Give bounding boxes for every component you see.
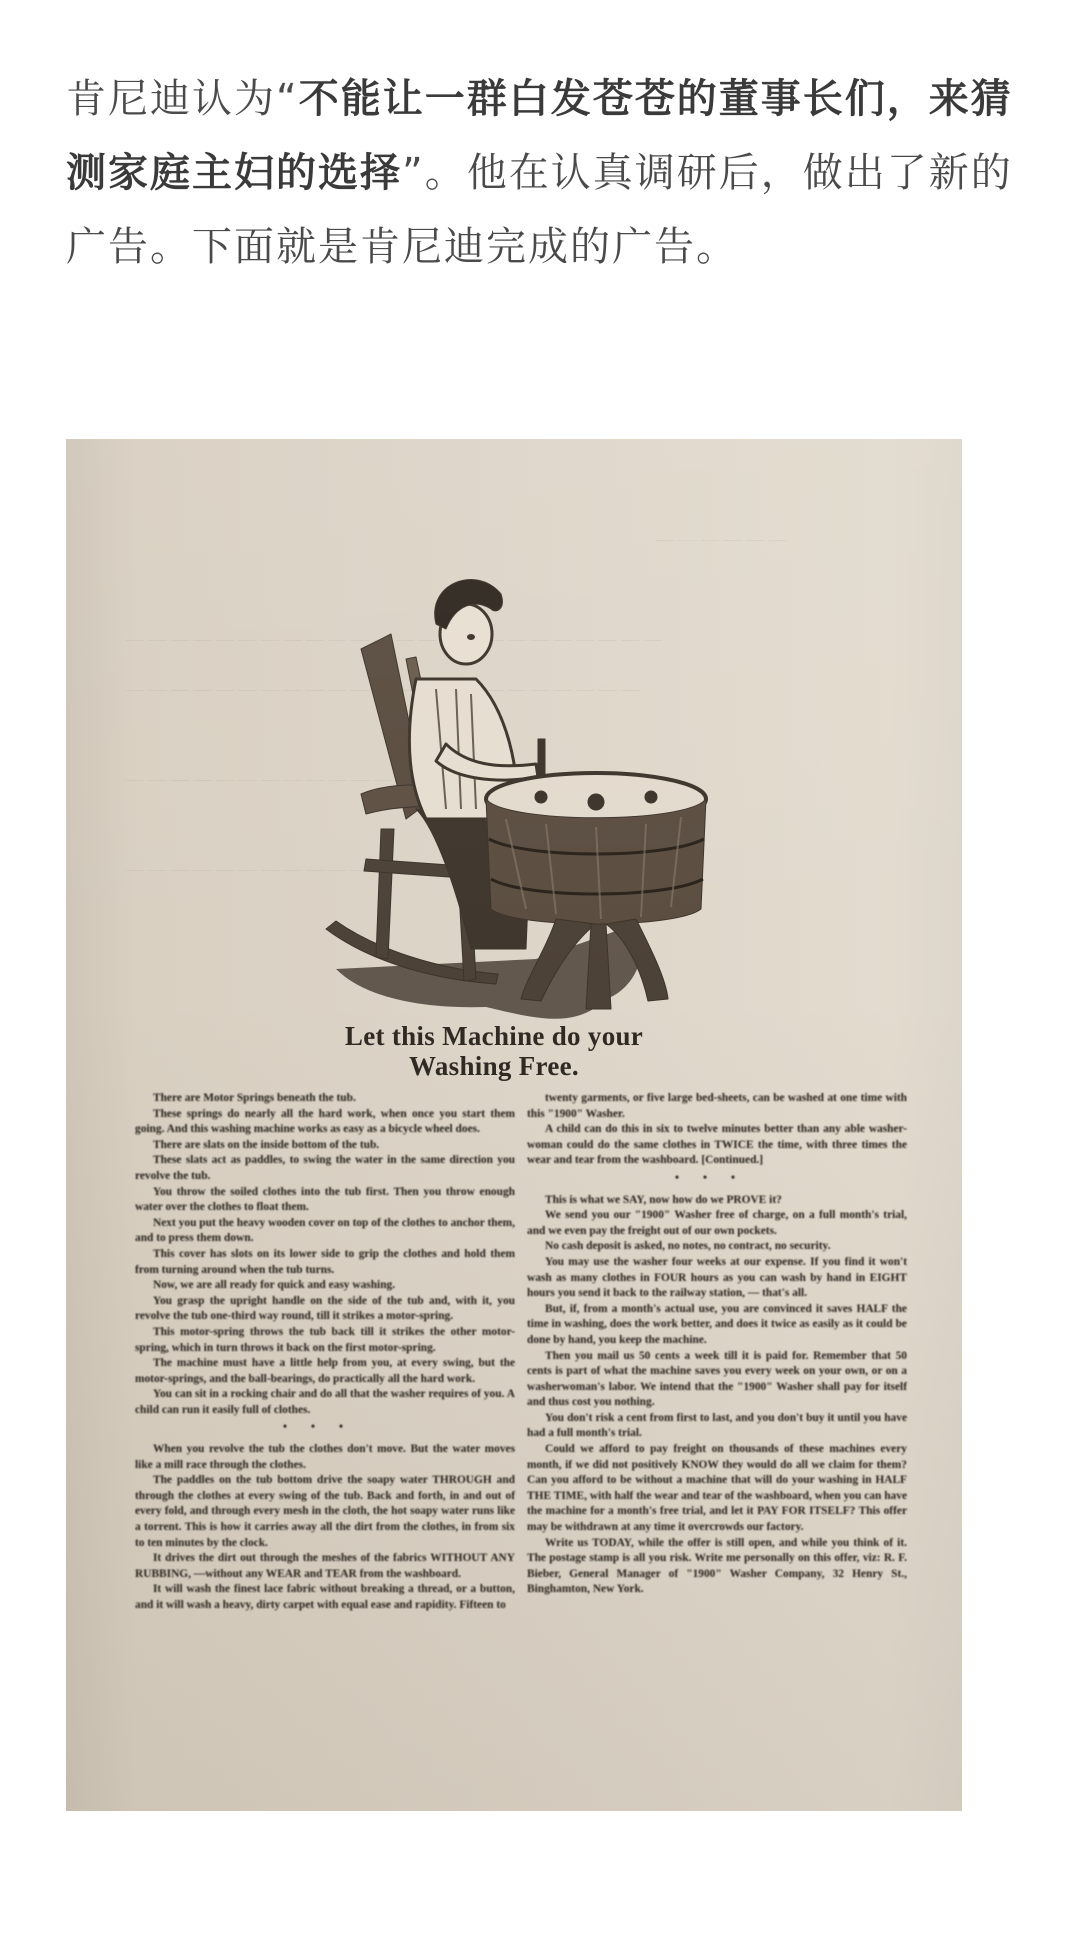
ad-paragraph: It will wash the finest lace fabric with… [135,1582,515,1613]
ad-paragraph: This cover has slots on its lower side t… [135,1247,515,1278]
paragraph-lead: 肯尼迪认为“ [66,76,299,122]
ad-paragraph: It drives the dirt out through the meshe… [135,1551,515,1582]
ad-paragraph: Could we afford to pay freight on thousa… [527,1442,907,1536]
ad-paragraph: There are Motor Springs beneath the tub. [135,1091,515,1107]
ad-paragraph: Now, we are all ready for quick and easy… [135,1278,515,1294]
ad-paragraph: These springs do nearly all the hard wor… [135,1107,515,1138]
ad-paragraph: A child can do this in six to twelve min… [527,1122,907,1169]
ad-paragraph: The paddles on the tub bottom drive the … [135,1473,515,1551]
ad-image[interactable]: — — — — — — — — — — — — — — — — — — — — … [66,439,962,1811]
ad-paragraph: No cash deposit is asked, no notes, no c… [527,1239,907,1255]
ad-paragraph: You can sit in a rocking chair and do al… [135,1387,515,1418]
ad-paragraph: There are slats on the inside bottom of … [135,1138,515,1154]
ad-paragraph: But, if, from a month's actual use, you … [527,1302,907,1349]
ad-headline-line1: Let this Machine do your [66,1021,942,1051]
ad-paragraph: Write us TODAY, while the offer is still… [527,1536,907,1598]
ad-paragraph: Then you mail us 50 cents a week till it… [527,1349,907,1411]
ad-paragraph: You throw the soiled clothes into the tu… [135,1185,515,1216]
article-paragraph: 肯尼迪认为“不能让一群白发苍苍的董事长们，来猜测家庭主妇的选择”。他在认真调研后… [66,62,1026,284]
section-divider-dots: ••• [527,1171,907,1187]
ad-paragraph: You may use the washer four weeks at our… [527,1255,907,1302]
ad-right-column: twenty garments, or five large bed-sheet… [527,1091,907,1614]
ad-body-columns: There are Motor Springs beneath the tub.… [135,1091,907,1614]
ad-paragraph: twenty garments, or five large bed-sheet… [527,1091,907,1122]
ad-paragraph: This motor-spring throws the tub back ti… [135,1325,515,1356]
ad-paragraph: Next you put the heavy wooden cover on t… [135,1216,515,1247]
ad-paragraph: You don't risk a cent from first to last… [527,1411,907,1442]
ad-paragraph: The machine must have a little help from… [135,1356,515,1387]
ad-left-column: There are Motor Springs beneath the tub.… [135,1091,515,1614]
ad-paragraph: You grasp the upright handle on the side… [135,1294,515,1325]
woman-washing-machine-illustration [306,529,746,1029]
ad-headline: Let this Machine do your Washing Free. [66,1021,942,1081]
ad-paragraph: These slats act as paddles, to swing the… [135,1153,515,1184]
ad-paragraph: This is what we SAY, now how do we PROVE… [527,1193,907,1209]
ad-paragraph: When you revolve the tub the clothes don… [135,1442,515,1473]
section-divider-dots: ••• [135,1420,515,1436]
ad-paragraph: We send you our "1900" Washer free of ch… [527,1208,907,1239]
ad-headline-line2: Washing Free. [66,1051,942,1081]
